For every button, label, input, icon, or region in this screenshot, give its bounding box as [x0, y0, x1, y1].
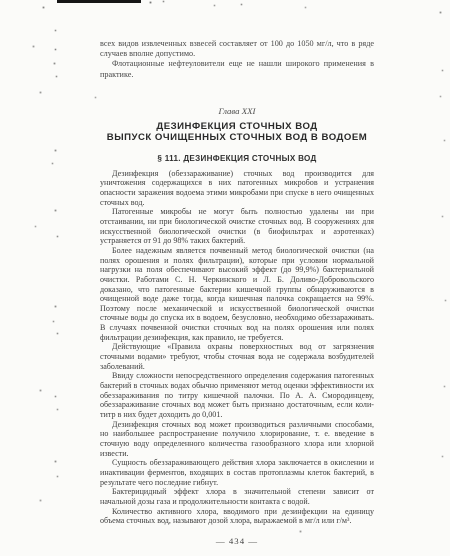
paragraph: Дезинфекция сточных вод может производит…	[100, 420, 374, 459]
paragraph: Дезинфекция (обеззараживание) сточных во…	[100, 169, 374, 208]
scanned-book-page: всех видов извлеченных взвесей составляе…	[0, 0, 450, 556]
paragraph: Количество активного хлора, вводимого пр…	[100, 507, 374, 526]
chapter-title-line2: ВЫПУСК ОЧИЩЕННЫХ СТОЧНЫХ ВОД В ВОДОЕМ	[100, 132, 374, 143]
paragraph: Действующие «Правила охраны поверхностны…	[100, 342, 374, 371]
paragraph: Ввиду сложности непосредственного опреде…	[100, 371, 374, 419]
top-rule-fragment	[57, 0, 141, 3]
scan-noise-specks	[0, 0, 1, 1]
previous-section-fragment: всех видов извлеченных взвесей составляе…	[100, 39, 374, 80]
text-column: всех видов извлеченных взвесей составляе…	[100, 39, 374, 546]
fragment-closing-paragraph: Флотационные нефтеуловители еще не нашли…	[100, 59, 374, 79]
section-heading: § 111. ДЕЗИНФЕКЦИЯ СТОЧНЫХ ВОД	[100, 154, 374, 163]
chapter-heading: Глава XXI	[100, 106, 374, 116]
paragraph: Патогенные микробы не могут быть полност…	[100, 207, 374, 246]
fragment-paragraph-end: всех видов извлеченных взвесей составляе…	[100, 39, 374, 59]
paragraph: Более надежным является почвенный метод …	[100, 246, 374, 343]
page-number: — 434 —	[100, 536, 374, 546]
body-text: Дезинфекция (обеззараживание) сточных во…	[100, 169, 374, 526]
paragraph: Сущность обеззараживающего действия хлор…	[100, 458, 374, 487]
chapter-title-line1: ДЕЗИНФЕКЦИЯ СТОЧНЫХ ВОД	[100, 121, 374, 132]
paragraph: Бактерицидный эффект хлора в значительно…	[100, 487, 374, 506]
chapter-title: ДЕЗИНФЕКЦИЯ СТОЧНЫХ ВОД ВЫПУСК ОЧИЩЕННЫХ…	[100, 121, 374, 144]
